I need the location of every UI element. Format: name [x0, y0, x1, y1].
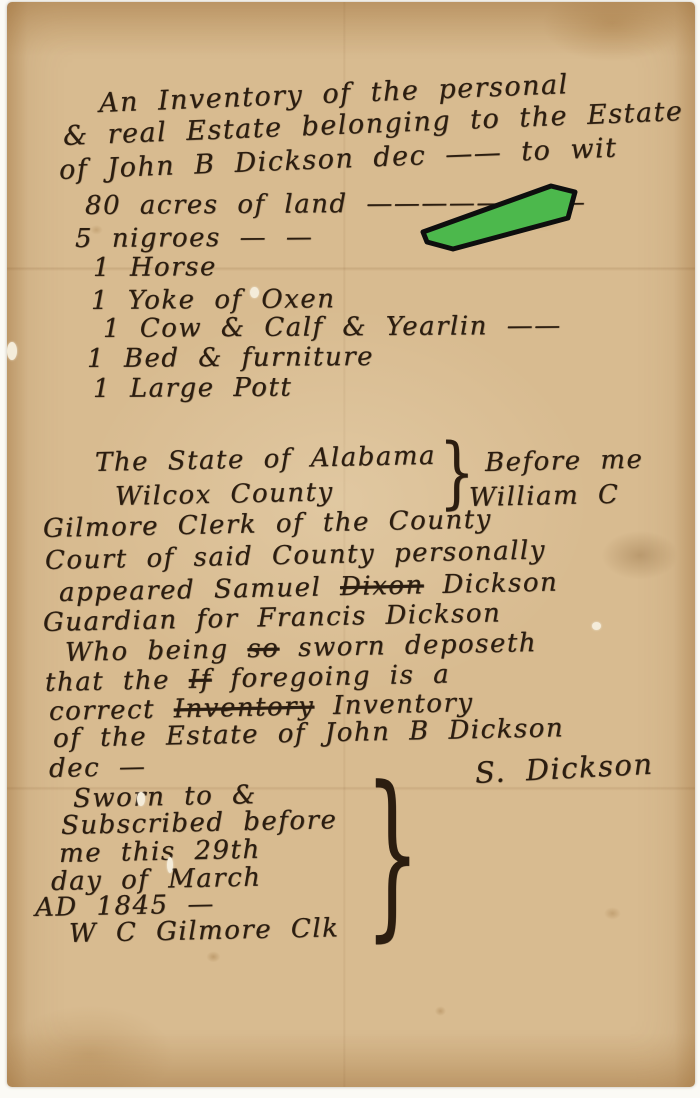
- affidavit-before-me: Before me: [485, 447, 644, 476]
- affidavit-state-line: The State of Alabama: [95, 443, 437, 476]
- affidavit-text: Dickson: [423, 568, 558, 601]
- inventory-item: 1 Large Pott: [93, 375, 292, 402]
- struck-text: Dixon: [340, 570, 424, 602]
- inventory-item: 1 Yoke of Oxen: [91, 286, 336, 314]
- brace-glyph: }: [365, 764, 420, 944]
- paper-damage-fleck: [137, 792, 145, 806]
- green-highlight-shape: [423, 186, 575, 249]
- signature: S. Dickson: [474, 750, 654, 788]
- affidavit-text: Who being: [65, 634, 248, 668]
- struck-text: If: [188, 665, 212, 695]
- affidavit-county-line: Wilcox County: [115, 479, 334, 510]
- paper-damage-fleck: [592, 622, 601, 630]
- affidavit-text: sworn deposeth: [279, 628, 537, 663]
- inventory-item: 1 Bed & furniture: [87, 344, 374, 372]
- affidavit-line: Gilmore Clerk of the County: [43, 507, 492, 542]
- document-scan: An Inventory of the personal & real Esta…: [0, 0, 700, 1098]
- inventory-item: 1 Horse: [93, 254, 217, 281]
- paper-damage-fleck: [250, 287, 259, 298]
- affidavit-text: that the: [45, 665, 189, 698]
- attestation-line: Subscribed before: [61, 807, 338, 839]
- inventory-item: 5 nigroes — —: [75, 224, 314, 252]
- struck-text: so: [247, 634, 280, 665]
- green-highlight-annotation: [417, 179, 587, 255]
- paper-damage-fleck: [7, 342, 17, 360]
- paper-sheet: An Inventory of the personal & real Esta…: [7, 2, 695, 1087]
- attestation-line: W C Gilmore Clk: [69, 915, 340, 947]
- affidavit-line: dec —: [49, 754, 147, 782]
- paper-damage-fleck: [167, 857, 173, 873]
- inventory-item: 1 Cow & Calf & Yearlin ——: [103, 313, 562, 342]
